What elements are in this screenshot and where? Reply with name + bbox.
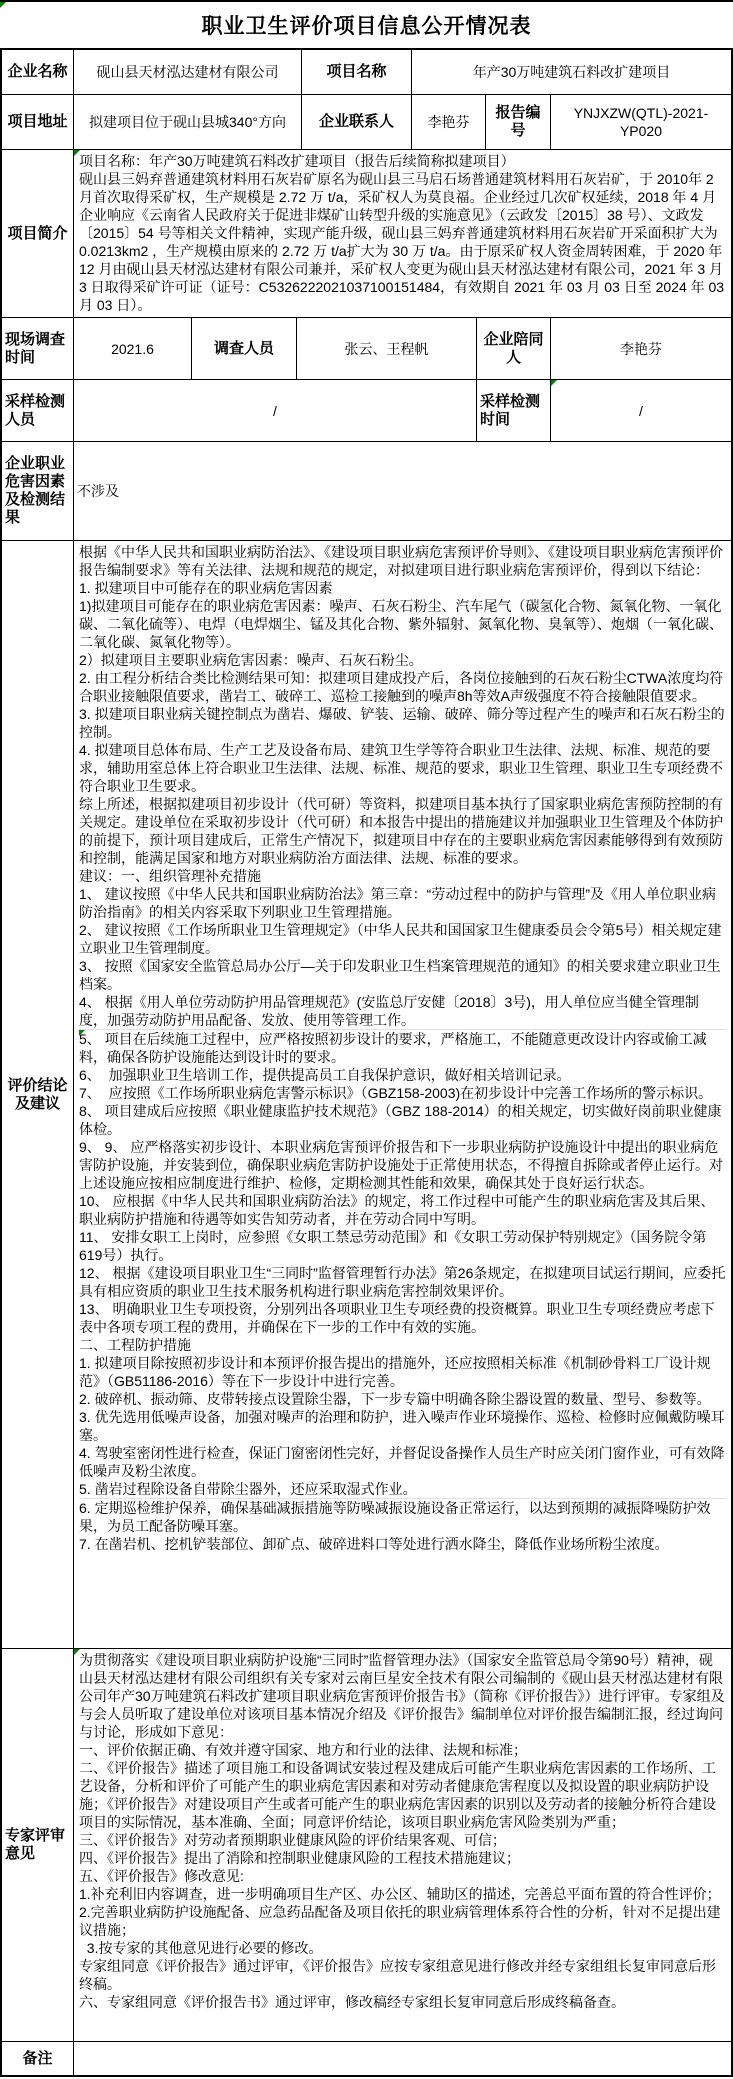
company-escort-label: 企业陪同人 [477, 318, 551, 379]
company-name-value: 砚山县天材泓达建材有限公司 [74, 50, 302, 94]
sampling-staff-label: 采样检测人员 [2, 380, 74, 441]
green-corner-marker-icon [0, 2, 6, 8]
surveyors-value: 张云、王程帆 [297, 318, 477, 379]
table-row-hazard-result: 企业职业危害因素及检测结果 不涉及 [2, 442, 731, 541]
report-number-label: 报告编号 [486, 95, 551, 149]
table-row-conclusion: 评价结论及建议 根据《中华人民共和国职业病防治法》、《建设项目职业病危害预评价导… [2, 541, 731, 1649]
sampling-time-label: 采样检测时间 [477, 380, 551, 441]
table-row-company: 企业名称 砚山县天材泓达建材有限公司 项目名称 年产30万吨建筑石料改扩建项目 [2, 50, 731, 95]
project-name-value: 年产30万吨建筑石料改扩建项目 [412, 50, 731, 94]
survey-time-label: 现场调查时间 [2, 318, 74, 379]
conclusion-part-2: 5、 项目在后续施工过程中，应严格按照初步设计的要求，严格施工，不能随意更改设计… [79, 1029, 726, 1498]
conclusion-part-3: 6. 定期巡检维护保养，确保基础减振措施等防噪减振设施设备正常运行，以达到预期的… [79, 1498, 726, 1553]
project-address-label: 项目地址 [2, 95, 74, 149]
remark-label: 备注 [2, 2042, 74, 2075]
company-escort-value: 李艳芬 [551, 318, 731, 379]
survey-time-value: 2021.6 [74, 318, 192, 379]
green-corner-marker-icon [79, 1030, 85, 1036]
project-address-value: 拟建项目位于砚山县城340°方向 [74, 95, 302, 149]
conclusion-label: 评价结论及建议 [2, 541, 74, 1648]
green-corner-marker-icon [74, 150, 80, 156]
conclusion-part-2-text: 5、 项目在后续施工过程中，应严格按照初步设计的要求，严格施工，不能随意更改设计… [79, 1031, 725, 1497]
green-corner-marker-icon [74, 1649, 80, 1655]
green-corner-marker-icon [551, 380, 557, 386]
project-brief-paragraphs: 项目名称：年产30万吨建筑石料改扩建项目（报告后续简称拟建项目） 砚山县三妈弃普… [79, 152, 726, 314]
sampling-time-value: / [551, 380, 731, 441]
conclusion-part-1: 根据《中华人民共和国职业病防治法》、《建设项目职业病危害预评价导则》、《建设项目… [79, 543, 726, 1029]
sampling-staff-value: / [74, 380, 477, 441]
sampling-time-text: / [639, 402, 643, 420]
expert-opinion-label: 专家评审意见 [2, 1649, 74, 2041]
company-contact-value: 李艳芬 [412, 95, 486, 149]
company-name-label: 企业名称 [2, 50, 74, 94]
project-brief-text: 项目名称：年产30万吨建筑石料改扩建项目（报告后续简称拟建项目） 砚山县三妈弃普… [74, 150, 731, 317]
table-row-brief: 项目简介 项目名称：年产30万吨建筑石料改扩建项目（报告后续简称拟建项目） 砚山… [2, 150, 731, 318]
hazard-result-label: 企业职业危害因素及检测结果 [2, 442, 74, 540]
report-number-value: YNJXZW(QTL)-2021-YP020 [551, 95, 731, 149]
table-row-expert-opinion: 专家评审意见 为贯彻落实《建设项目职业病防护设施“三同时”监督管理办法》（国家安… [2, 1649, 731, 2042]
page-title: 职业卫生评价项目信息公开情况表 [0, 2, 733, 48]
project-brief-label: 项目简介 [2, 150, 74, 317]
table-row-survey: 现场调查时间 2021.6 调查人员 张云、王程帆 企业陪同人 李艳芬 [2, 318, 731, 380]
expert-opinion-text: 为贯彻落实《建设项目职业病防护设施“三同时”监督管理办法》（国家安全监管总局令第… [74, 1649, 731, 2041]
expert-opinion-paragraphs: 为贯彻落实《建设项目职业病防护设施“三同时”监督管理办法》（国家安全监管总局令第… [79, 1651, 726, 2011]
table-row-sampling: 采样检测人员 / 采样检测时间 / [2, 380, 731, 442]
remark-value [74, 2042, 731, 2075]
info-disclosure-sheet: 职业卫生评价项目信息公开情况表 企业名称 砚山县天材泓达建材有限公司 项目名称 … [0, 0, 733, 2079]
hazard-result-value: 不涉及 [74, 442, 731, 540]
table-row-remark: 备注 [2, 2042, 731, 2075]
table-row-address: 项目地址 拟建项目位于砚山县城340°方向 企业联系人 李艳芬 报告编号 YNJ… [2, 95, 731, 150]
project-name-label: 项目名称 [302, 50, 412, 94]
info-table: 企业名称 砚山县天材泓达建材有限公司 项目名称 年产30万吨建筑石料改扩建项目 … [0, 48, 733, 2077]
surveyors-label: 调查人员 [192, 318, 297, 379]
conclusion-text: 根据《中华人民共和国职业病防治法》、《建设项目职业病危害预评价导则》、《建设项目… [74, 541, 731, 1648]
company-contact-label: 企业联系人 [302, 95, 412, 149]
